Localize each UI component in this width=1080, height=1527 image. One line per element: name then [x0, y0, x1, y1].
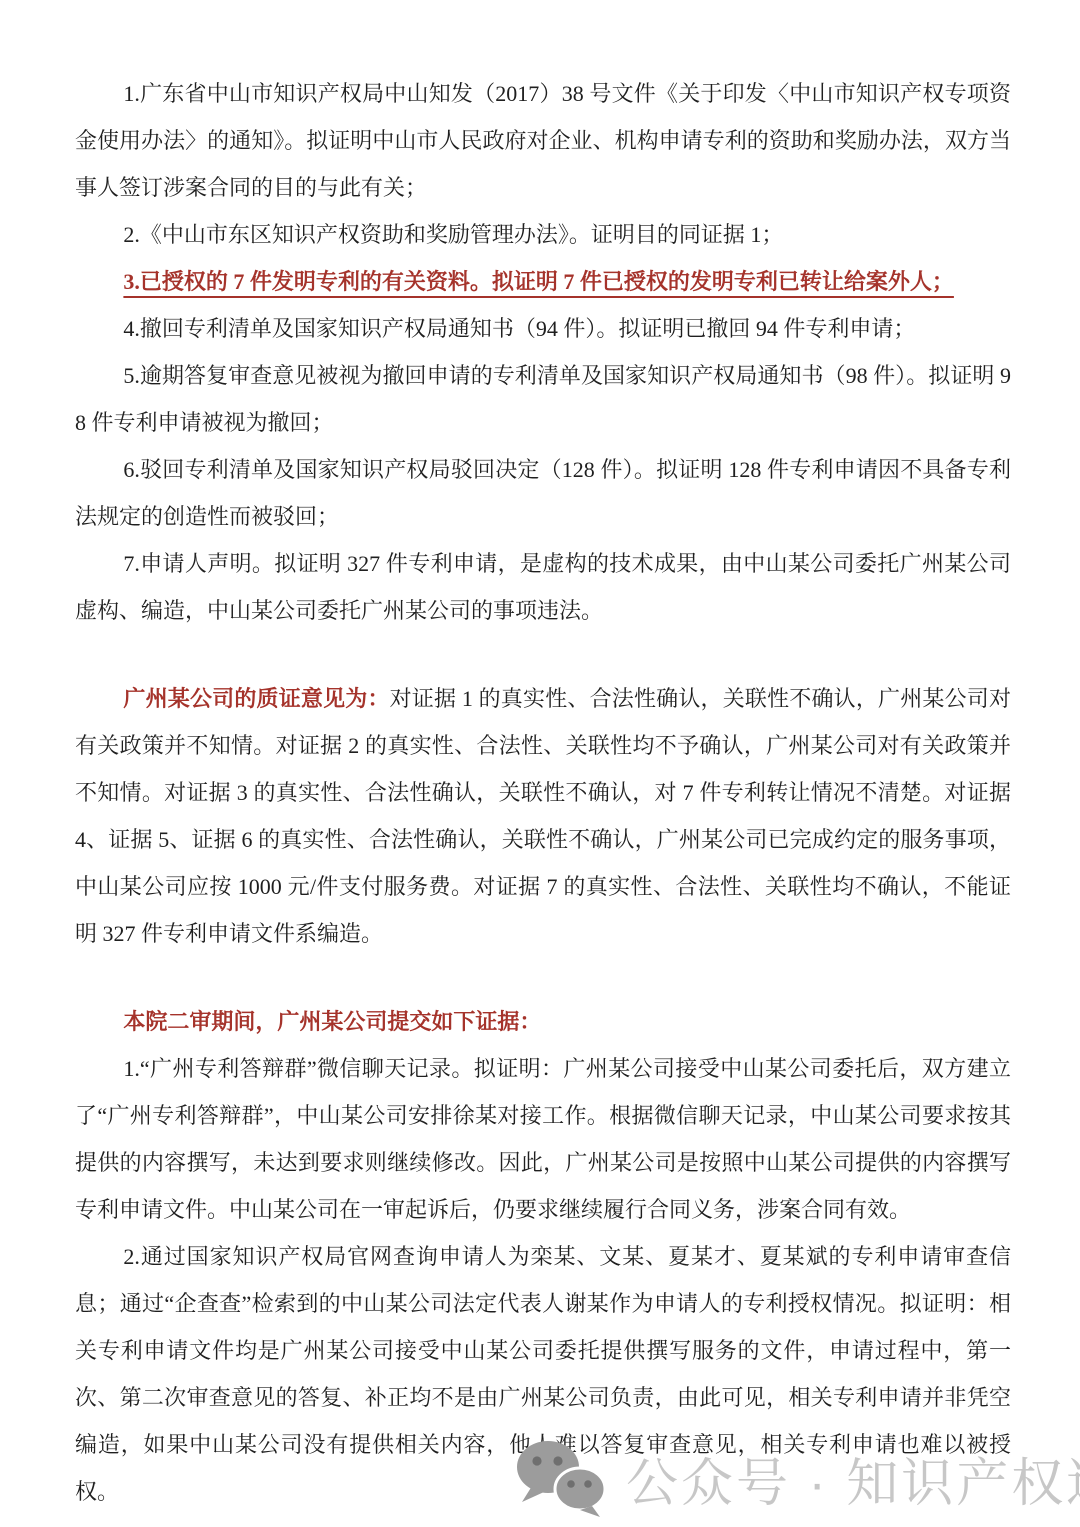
cross-examination-lead: 广州某公司的质证意见为：: [123, 686, 389, 711]
wechat-watermark: 公众号 · 知识产权进行时: [512, 1438, 1080, 1518]
evidence-item-7: 7.申请人声明。拟证明 327 件专利申请，是虚构的技术成果，由中山某公司委托广…: [75, 540, 1011, 634]
evidence-item-2: 2.《中山市东区知识产权资助和奖励管理办法》。证明目的同证据 1；: [75, 211, 1011, 258]
wechat-icon: [512, 1438, 612, 1518]
evidence-item-5: 5.逾期答复审查意见被视为撤回申请的专利清单及国家知识产权局通知书（98 件）。…: [75, 352, 1011, 446]
cross-examination-paragraph: 广州某公司的质证意见为：对证据 1 的真实性、合法性确认，关联性不确认，广州某公…: [75, 675, 1011, 957]
evidence-item-6: 6.驳回专利清单及国家知识产权局驳回决定（128 件）。拟证明 128 件专利申…: [75, 446, 1011, 540]
watermark-label: 公众号 · 知识产权进行时: [626, 1441, 1080, 1516]
evidence-item-1: 1.广东省中山市知识产权局中山知发（2017）38 号文件《关于印发〈中山市知识…: [75, 70, 1011, 211]
evidence-item-3-highlighted: 3.已授权的 7 件发明专利的有关资料。拟证明 7 件已授权的发明专利已转让给案…: [75, 258, 1011, 305]
second-instance-evidence-1: 1.“广州专利答辩群”微信聊天记录。拟证明：广州某公司接受中山某公司委托后，双方…: [75, 1045, 1011, 1233]
second-instance-heading: 本院二审期间，广州某公司提交如下证据：: [75, 998, 1011, 1045]
cross-examination-text: 对证据 1 的真实性、合法性确认，关联性不确认，广州某公司对有关政策并不知情。对…: [75, 686, 1011, 946]
evidence-item-3-text: 3.已授权的 7 件发明专利的有关资料。拟证明 7 件已授权的发明专利已转让给案…: [123, 269, 954, 294]
court-document-body: 1.广东省中山市知识产权局中山知发（2017）38 号文件《关于印发〈中山市知识…: [75, 70, 1011, 1515]
evidence-item-4: 4.撤回专利清单及国家知识产权局通知书（94 件）。拟证明已撤回 94 件专利申…: [75, 305, 1011, 352]
